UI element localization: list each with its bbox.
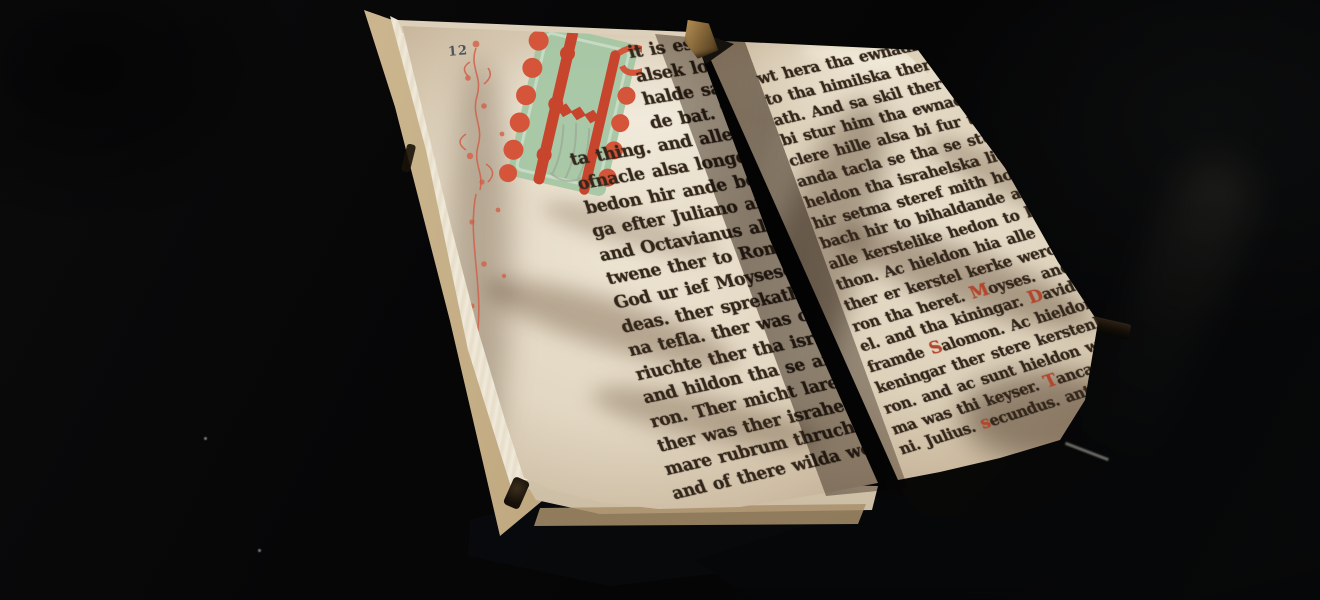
rubricated-initial: S [1072,252,1092,274]
penwork-dots [465,41,506,347]
dust-speck [258,549,261,552]
museum-photo-scene: 12 [0,0,1320,600]
line-segment: amu [1084,243,1126,269]
dust-speck [204,437,207,440]
